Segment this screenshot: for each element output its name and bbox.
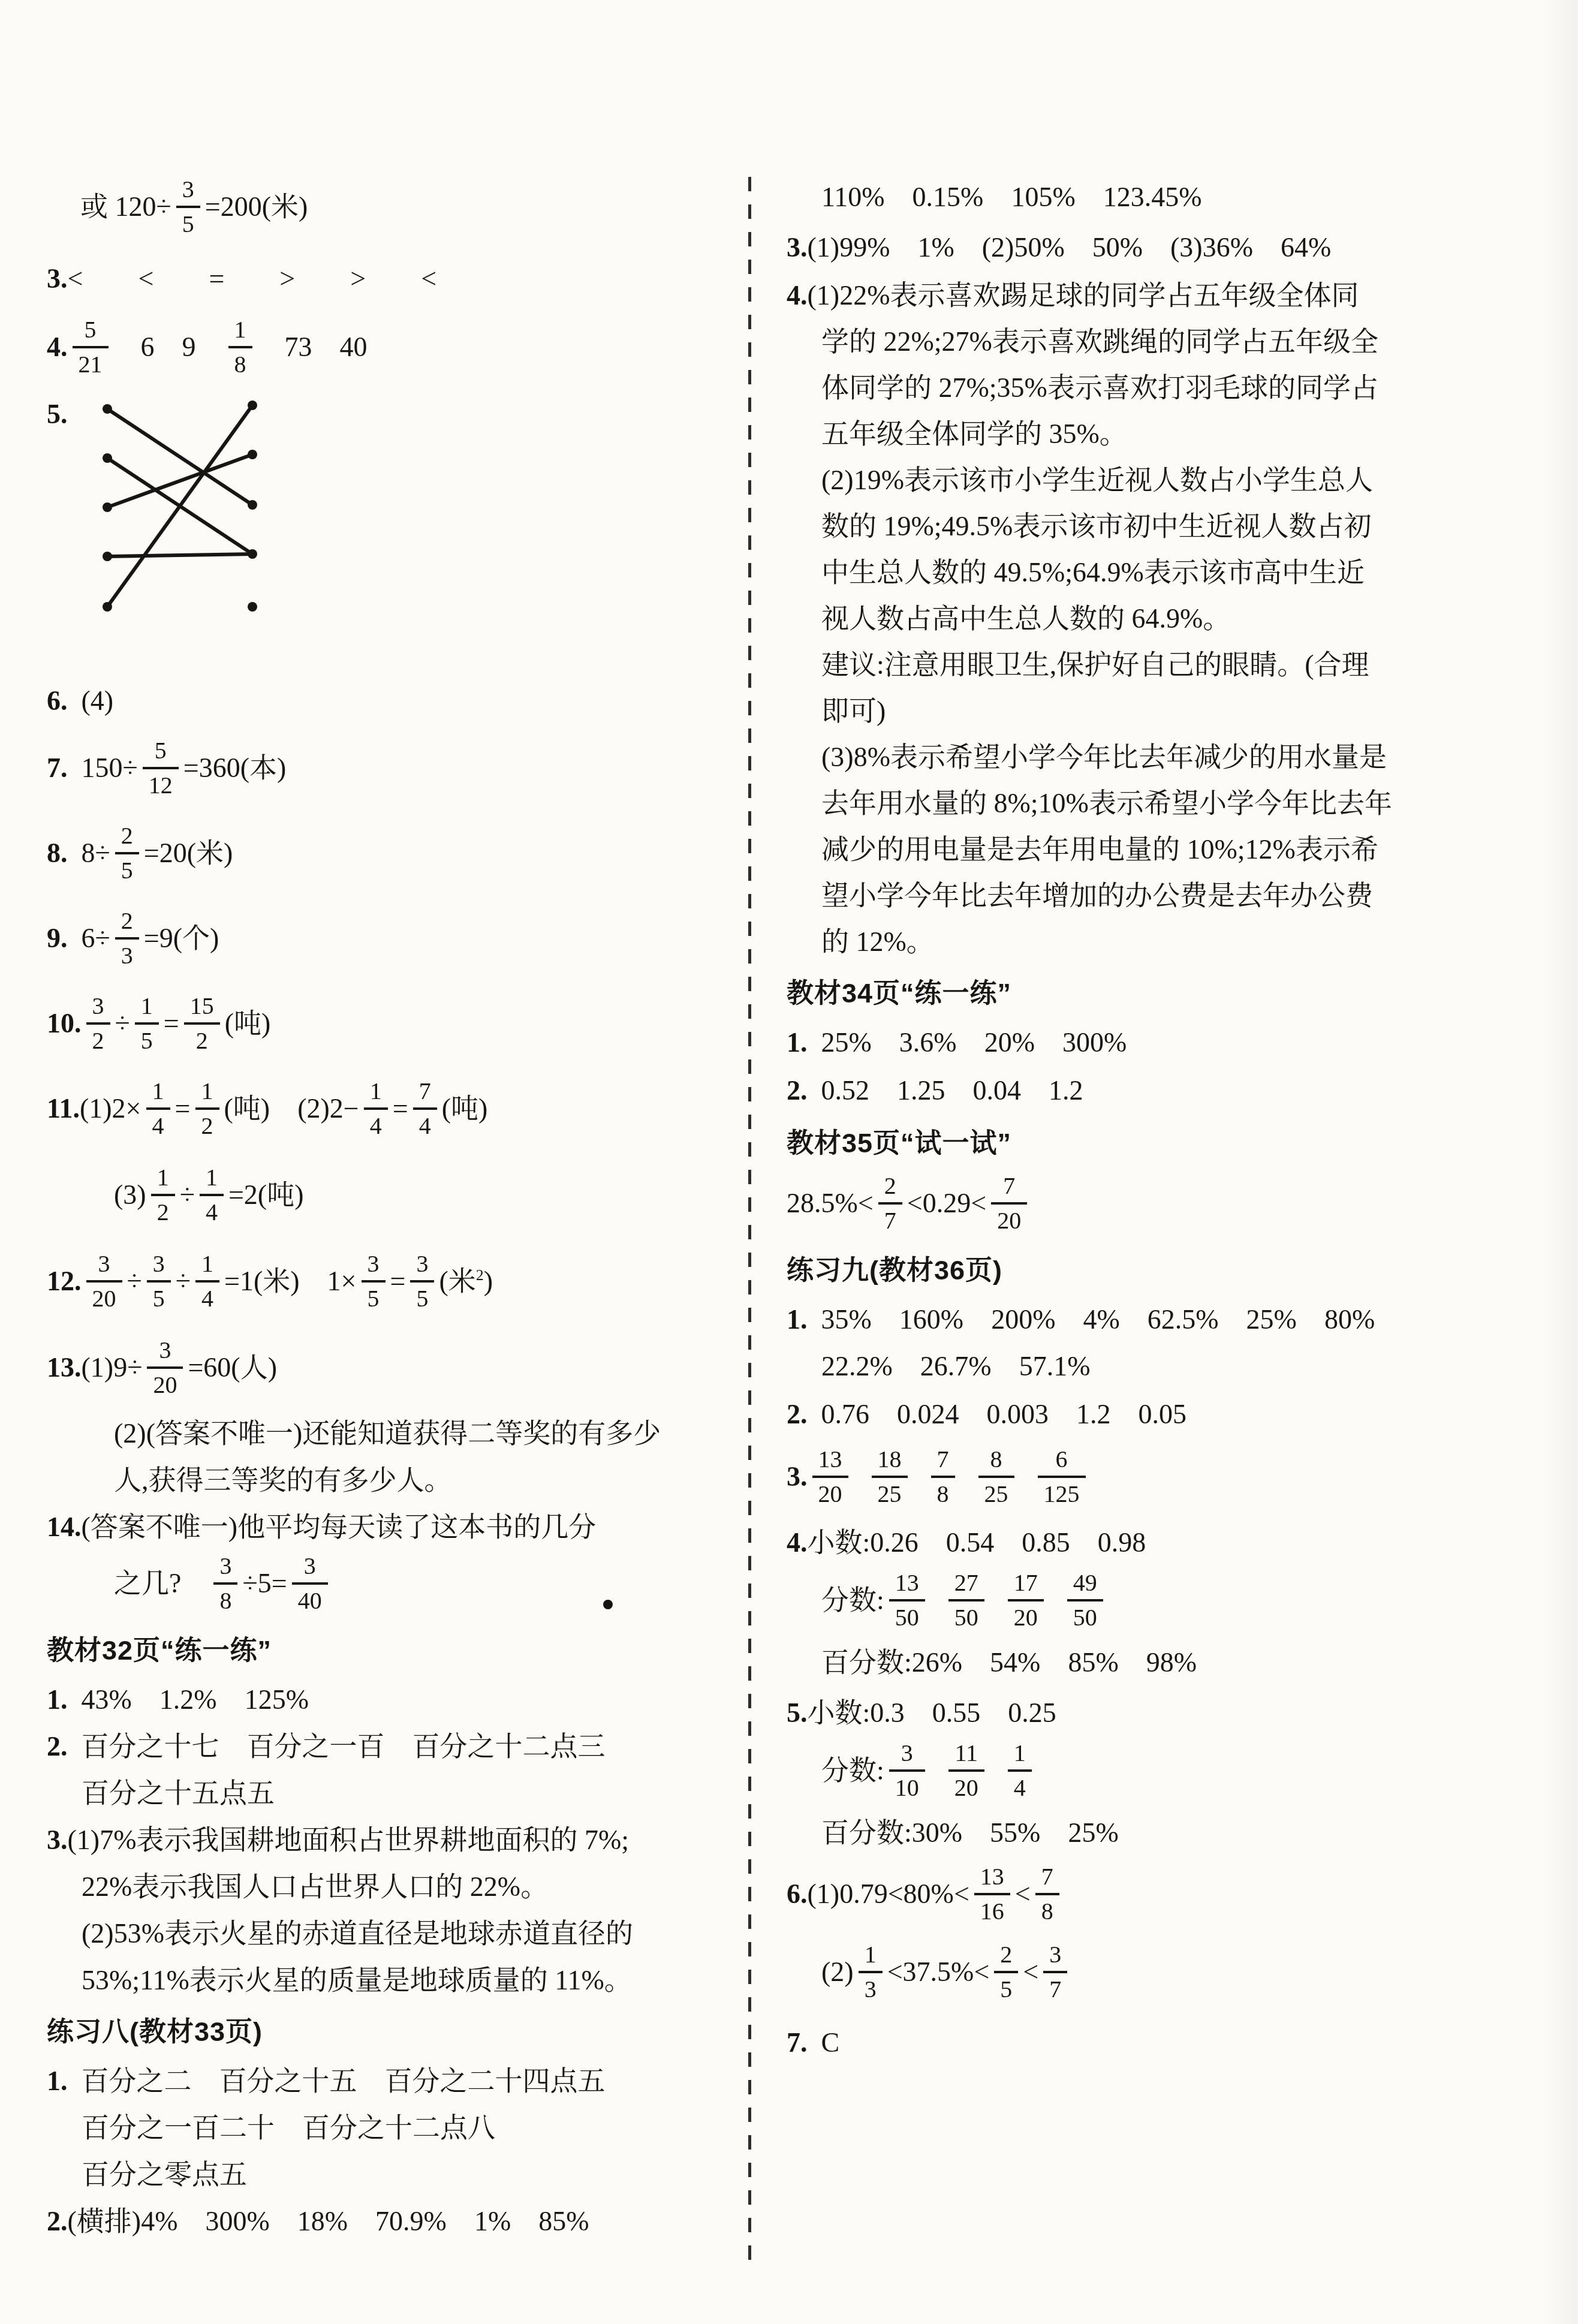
match-line	[107, 405, 252, 607]
fraction-denominator: 5	[135, 1025, 159, 1054]
answer-line: 22%表示我国人口占世界人口的 22%。	[82, 1868, 739, 1905]
fraction: 35	[147, 1251, 171, 1312]
answer-line: 百分数:26% 54% 85% 98%	[821, 1644, 1548, 1681]
answer-text: (1)9÷	[82, 1352, 143, 1383]
answer-text: =20(米)	[144, 838, 233, 868]
column-divider	[748, 177, 751, 2266]
fraction-denominator: 5	[147, 1283, 171, 1312]
fraction-denominator: 50	[1067, 1601, 1103, 1631]
answer-text: =200(米)	[205, 191, 308, 222]
answer-line: 1. 百分之二 百分之十五 百分之二十四点五	[47, 2063, 739, 2100]
fraction: 152	[184, 993, 220, 1054]
fraction-numerator: 1	[195, 1251, 219, 1283]
answer-text: (2)	[821, 1956, 854, 1987]
answer-text: 建议:注意用眼卫生,保护好自己的眼睛。(合理	[821, 649, 1369, 680]
answer-text: 的 12%。	[821, 926, 934, 957]
item-number: 2.	[47, 1731, 68, 1762]
answer-text: ÷5=	[242, 1568, 287, 1598]
answer-text: 百分之十五点五	[82, 1778, 275, 1808]
match-line	[107, 554, 252, 556]
fraction-numerator: 3	[86, 993, 110, 1025]
match-line	[107, 454, 252, 507]
fraction-numerator: 3	[176, 176, 200, 208]
fraction: 25	[994, 1941, 1018, 2003]
fraction: 6125	[1038, 1446, 1086, 1507]
answer-text: 小数:0.26 0.54 0.85 0.98	[808, 1527, 1146, 1558]
answer-line: 3.(1)99% 1% (2)50% 50% (3)36% 64%	[787, 229, 1548, 266]
answer-line: 人,获得三等奖的有多少人。	[114, 1462, 739, 1499]
answer-line: 6. (4)	[47, 682, 739, 720]
section-header: 教材34页“练一练”	[787, 975, 1548, 1012]
answer-text: =	[390, 1266, 406, 1296]
fraction-numerator: 1	[364, 1078, 388, 1110]
fraction-denominator: 20	[948, 1772, 984, 1801]
fraction: 1120	[948, 1740, 984, 1801]
answer-line: 5.小数:0.3 0.55 0.25	[787, 1694, 1548, 1732]
answer-text	[989, 1755, 1003, 1786]
match-dot-left	[103, 602, 112, 612]
answer-text	[930, 1585, 944, 1615]
answer-text: 0.76 0.024 0.003 1.2 0.05	[808, 1399, 1187, 1429]
answer-text: 百分数:30% 55% 25%	[821, 1817, 1119, 1848]
match-dot-left	[103, 453, 112, 463]
answer-line: 1. 43% 1.2% 125%	[47, 1681, 739, 1718]
workbook-answer-page: 或 120÷35=200(米)3.< < = > > <4.521 6 9 18…	[0, 0, 1578, 2324]
matching-diagram	[99, 401, 261, 669]
answer-text: 22.2% 26.7% 57.1%	[821, 1351, 1090, 1381]
fraction-denominator: 5	[362, 1283, 386, 1312]
fraction-denominator: 50	[948, 1601, 984, 1631]
answer-line: 3.< < = > > <	[47, 260, 739, 297]
fraction-numerator: 7	[1035, 1864, 1059, 1895]
answer-text: 6÷	[68, 923, 110, 953]
answer-line: 6.(1)0.79<80%<1316<78	[787, 1866, 1548, 1927]
item-number: 3.	[47, 263, 68, 294]
fraction-numerator: 3	[147, 1337, 183, 1369]
fraction-numerator: 1	[1008, 1740, 1032, 1772]
answer-text: 分数:	[821, 1755, 884, 1786]
answer-line: 五年级全体同学的 35%。	[821, 416, 1548, 453]
answer-text: ÷	[180, 1179, 195, 1210]
fraction-numerator: 17	[1008, 1570, 1044, 1601]
answer-line: 百分之零点五	[82, 2156, 739, 2193]
answer-text: <	[1015, 1879, 1031, 1909]
item-number: 6.	[787, 1879, 808, 1909]
answer-text	[913, 1461, 926, 1492]
fraction-numerator: 5	[73, 317, 109, 348]
answer-text: (2)(答案不唯一)还能知道获得二等奖的有多少	[114, 1418, 661, 1449]
answer-text	[960, 1461, 974, 1492]
answer-line: 分数:1350 2750 1720 4950	[821, 1572, 1548, 1633]
answer-line: 53%;11%表示火星的质量是地球质量的 11%。	[82, 1962, 739, 1999]
fraction-denominator: 20	[1008, 1601, 1044, 1631]
fraction-denominator: 125	[1038, 1478, 1086, 1507]
answer-text: =1(米) 1×	[224, 1266, 357, 1296]
item-number: 14.	[47, 1512, 82, 1542]
fraction: 78	[931, 1446, 955, 1507]
answer-text: 或 120÷	[80, 191, 171, 222]
stray-ink-dot	[603, 1600, 613, 1609]
answer-line: 百分之一百二十 百分之十二点八	[82, 2109, 739, 2147]
fraction: 825	[978, 1446, 1014, 1507]
answer-line: 减少的用电量是去年用电量的 10%;12%表示希	[821, 831, 1548, 868]
answer-text: 练习九(教材36页)	[787, 1255, 1002, 1286]
fraction-denominator: 4	[195, 1283, 219, 1312]
answer-line: 即可)	[821, 693, 1548, 730]
answer-text: < < = > > <	[68, 263, 437, 294]
fraction-denominator: 20	[86, 1283, 122, 1312]
answer-line: 4.小数:0.26 0.54 0.85 0.98	[787, 1524, 1548, 1561]
answer-text: (1)2×	[80, 1093, 141, 1124]
fraction-numerator: 27	[948, 1570, 984, 1601]
answer-line: 学的 22%;27%表示喜欢跳绳的同学占五年级全	[821, 323, 1548, 360]
answer-text: 110% 0.15% 105% 123.45%	[821, 182, 1202, 212]
answer-text: (米	[439, 1266, 475, 1296]
answer-text: 减少的用电量是去年用电量的 10%;12%表示希	[821, 834, 1378, 865]
match-dot-right	[248, 500, 257, 510]
fraction-denominator: 2	[184, 1025, 220, 1054]
answer-text: (2)19%表示该市小学生近视人数占小学生总人	[821, 465, 1373, 495]
answer-text: 分数:	[821, 1585, 884, 1615]
answer-text: 五年级全体同学的 35%。	[821, 419, 1127, 449]
fraction-denominator: 8	[1035, 1895, 1059, 1925]
answer-text: 73 40	[257, 332, 368, 362]
item-number: 4.	[787, 280, 808, 311]
fraction-denominator: 4	[413, 1110, 437, 1139]
fraction: 14	[195, 1251, 219, 1312]
answer-line: 2. 0.76 0.024 0.003 1.2 0.05	[787, 1396, 1548, 1433]
answer-text: 练习八(教材33页)	[47, 2016, 263, 2047]
item-number: 4.	[47, 332, 68, 362]
fraction-denominator: 25	[872, 1478, 908, 1507]
fraction: 4950	[1067, 1570, 1103, 1631]
fraction-numerator: 3	[86, 1251, 122, 1283]
fraction-denominator: 20	[991, 1205, 1027, 1234]
answer-text: 教材35页“试一试”	[787, 1128, 1011, 1158]
answer-line: 2. 百分之十七 百分之一百 百分之十二点三	[47, 1728, 739, 1765]
fraction: 15	[135, 993, 159, 1054]
answer-line: 8. 8÷25=20(米)	[47, 825, 739, 886]
fraction-numerator: 2	[115, 823, 139, 854]
answer-line: (2)19%表示该市小学生近视人数占小学生总人	[821, 462, 1548, 499]
answer-text: (1)99% 1% (2)50% 50% (3)36% 64%	[808, 232, 1332, 263]
match-line	[107, 409, 252, 505]
answer-line: 4.(1)22%表示喜欢踢足球的同学占五年级全体同	[787, 277, 1548, 314]
fraction: 12	[195, 1078, 219, 1139]
answer-text: 百分之十七 百分之一百 百分之十二点三	[68, 1731, 606, 1762]
match-dot-right	[248, 602, 257, 612]
item-number: 2.	[787, 1075, 808, 1106]
answer-text: 百分数:26% 54% 85% 98%	[821, 1647, 1197, 1678]
fraction: 74	[413, 1078, 437, 1139]
answer-text: =	[164, 1008, 179, 1038]
fraction-numerator: 2	[994, 1941, 1018, 1973]
fraction: 320	[86, 1251, 122, 1312]
answer-text	[853, 1461, 867, 1492]
answer-text: 人,获得三等奖的有多少人。	[114, 1465, 452, 1495]
fraction-numerator: 5	[143, 737, 179, 769]
answer-line: 28.5%<27<0.29<720	[787, 1175, 1548, 1236]
fraction: 78	[1035, 1864, 1059, 1925]
answer-line: (3)12÷14=2(吨)	[114, 1167, 739, 1228]
match-dot-left	[103, 404, 112, 414]
fraction-numerator: 3	[410, 1251, 434, 1283]
fraction-denominator: 8	[931, 1478, 955, 1507]
match-dot-right	[248, 401, 257, 410]
fraction-numerator: 7	[413, 1078, 437, 1110]
fraction-numerator: 3	[147, 1251, 171, 1283]
fraction-denominator: 4	[364, 1110, 388, 1139]
fraction-numerator: 1	[135, 993, 159, 1025]
fraction: 310	[889, 1740, 925, 1801]
answer-line: 分数:310 1120 14	[821, 1742, 1548, 1804]
fraction-denominator: 25	[978, 1478, 1014, 1507]
answer-text: C	[808, 2027, 840, 2058]
item-number: 3.	[47, 1825, 68, 1855]
answer-text: 即可)	[821, 696, 886, 726]
fraction: 38	[213, 1553, 237, 1614]
answer-text: 0.52 1.25 0.04 1.2	[808, 1075, 1083, 1106]
answer-text: (吨)	[442, 1093, 488, 1124]
item-number: 7.	[47, 752, 68, 783]
answer-text: 百分之二 百分之十五 百分之二十四点五	[68, 2066, 606, 2096]
fraction-denominator: 8	[228, 348, 252, 378]
fraction: 1720	[1008, 1570, 1044, 1631]
answer-line: 去年用水量的 8%;10%表示希望小学今年比去年	[821, 785, 1548, 822]
answer-text: =	[393, 1093, 408, 1124]
fraction-denominator: 2	[195, 1110, 219, 1139]
answer-line: 13.(1)9÷320=60(人)	[47, 1339, 739, 1401]
fraction-denominator: 20	[812, 1478, 848, 1507]
match-dot-right	[248, 450, 257, 459]
fraction: 320	[147, 1337, 183, 1398]
fraction-denominator: 5	[176, 208, 200, 237]
fraction: 1316	[974, 1864, 1010, 1925]
answer-line: 百分数:30% 55% 25%	[821, 1814, 1548, 1852]
fraction-numerator: 6	[1038, 1446, 1086, 1478]
fraction: 32	[86, 993, 110, 1054]
answer-line: 或 120÷35=200(米)	[80, 179, 739, 240]
answer-text: 之几?	[114, 1568, 209, 1598]
item-number: 13.	[47, 1352, 82, 1383]
fraction: 35	[176, 176, 200, 237]
fraction: 720	[991, 1173, 1027, 1234]
answer-line: 4.521 6 9 18 73 40	[47, 319, 739, 380]
answer-text: )	[484, 1266, 493, 1296]
answer-text: (吨) (2)2−	[224, 1093, 359, 1124]
section-header: 教材35页“试一试”	[787, 1125, 1548, 1162]
fraction-denominator: 4	[1008, 1772, 1032, 1801]
answer-line: 3.(1)7%表示我国耕地面积占世界耕地面积的 7%;	[47, 1822, 739, 1859]
answer-line: 之几? 38÷5=340	[114, 1555, 739, 1616]
answer-text: <0.29<	[907, 1188, 986, 1218]
answer-line: 1. 35% 160% 200% 4% 62.5% 25% 80%	[787, 1301, 1548, 1338]
fraction: 18	[228, 317, 252, 378]
fraction-denominator: 5	[115, 854, 139, 884]
answer-line: 10.32÷15=152(吨)	[47, 995, 739, 1056]
item-number: 11.	[47, 1093, 80, 1124]
item-number: 10.	[47, 1008, 82, 1038]
answer-text: (2)53%表示火星的赤道直径是地球赤道直径的	[82, 1918, 633, 1949]
answer-text: =9(个)	[144, 923, 219, 953]
fraction-numerator: 1	[200, 1164, 224, 1196]
fraction-numerator: 3	[1043, 1941, 1067, 1973]
fraction-denominator: 2	[151, 1196, 175, 1226]
answer-text: 视人数占高中生总人数的 64.9%。	[821, 603, 1230, 634]
answer-line: 望小学今年比去年增加的办公费是去年办公费	[821, 877, 1548, 914]
answer-line: (2)53%表示火星的赤道直径是地球赤道直径的	[82, 1915, 739, 1952]
answer-line: 11.(1)2×14=12(吨) (2)2−14=74(吨)	[47, 1080, 739, 1142]
matching-answer: 5.	[47, 396, 739, 669]
fraction-denominator: 12	[143, 769, 179, 799]
fraction: 14	[200, 1164, 224, 1226]
fraction-denominator: 50	[889, 1601, 925, 1631]
item-number: 5.	[47, 396, 68, 433]
fraction-numerator: 13	[974, 1864, 1010, 1895]
fraction-numerator: 15	[184, 993, 220, 1025]
fraction-numerator: 1	[859, 1941, 883, 1973]
answer-line: 9. 6÷23=9(个)	[47, 910, 739, 971]
answer-text: 去年用水量的 8%;10%表示希望小学今年比去年	[821, 788, 1392, 818]
answer-text: 35% 160% 200% 4% 62.5% 25% 80%	[808, 1304, 1375, 1335]
answer-text: 百分之一百二十 百分之十二点八	[82, 2112, 495, 2143]
fraction-denominator: 4	[200, 1196, 224, 1226]
item-number: 1.	[47, 1684, 68, 1715]
match-dot-right	[248, 549, 257, 559]
fraction-denominator: 3	[115, 940, 139, 969]
fraction-denominator: 21	[73, 348, 109, 378]
answer-line: 体同学的 27%;35%表示喜欢打羽毛球的同学占	[821, 369, 1548, 407]
fraction-numerator: 1	[146, 1078, 170, 1110]
answer-text	[1049, 1585, 1062, 1615]
superscript: 2	[476, 1266, 484, 1284]
item-number: 12.	[47, 1266, 82, 1296]
fraction: 1320	[812, 1446, 848, 1507]
fraction: 14	[364, 1078, 388, 1139]
answer-text: ÷	[127, 1266, 142, 1296]
fraction-numerator: 3	[292, 1553, 328, 1585]
fraction-denominator: 16	[974, 1895, 1010, 1925]
answer-text: ÷	[115, 1008, 130, 1038]
answer-line: 中生总人数的 49.5%;64.9%表示该市高中生近	[821, 554, 1548, 591]
fraction-numerator: 1	[195, 1078, 219, 1110]
fraction-numerator: 11	[948, 1740, 984, 1772]
fraction-denominator: 5	[410, 1283, 434, 1312]
fraction: 2750	[948, 1570, 984, 1631]
answer-text: 43% 1.2% 125%	[68, 1684, 309, 1715]
fraction: 23	[115, 908, 139, 969]
fraction: 512	[143, 737, 179, 799]
answer-text: (答案不唯一)他平均每天读了这本书的几分	[82, 1512, 597, 1542]
answer-text: 体同学的 27%;35%表示喜欢打羽毛球的同学占	[821, 372, 1378, 403]
fraction-numerator: 3	[889, 1740, 925, 1772]
answer-text: ÷	[176, 1266, 191, 1296]
answer-text: (吨)	[225, 1008, 271, 1038]
fraction: 14	[146, 1078, 170, 1139]
item-number: 4.	[787, 1527, 808, 1558]
fraction-numerator: 7	[931, 1446, 955, 1478]
answer-text: =360(本)	[183, 752, 287, 783]
answer-line: (3)8%表示希望小学今年比去年减少的用水量是	[821, 739, 1548, 776]
fraction-numerator: 13	[812, 1446, 848, 1478]
answer-text: 53%;11%表示火星的质量是地球质量的 11%。	[82, 1965, 632, 1995]
answer-line: 百分之十五点五	[82, 1775, 739, 1812]
answer-line: 3.1320 1825 78 825 6125	[787, 1449, 1548, 1510]
fraction-denominator: 8	[213, 1585, 237, 1614]
fraction-numerator: 2	[878, 1173, 902, 1205]
answer-text: (横排)4% 300% 18% 70.9% 1% 85%	[68, 2206, 589, 2236]
answer-text: (4)	[68, 685, 114, 716]
answer-line: 7. C	[787, 2024, 1548, 2061]
answer-line: 22.2% 26.7% 57.1%	[821, 1348, 1548, 1385]
fraction-numerator: 49	[1067, 1570, 1103, 1601]
answer-text: 百分之零点五	[82, 2159, 247, 2190]
fraction-denominator: 5	[994, 1973, 1018, 2003]
fraction: 35	[362, 1251, 386, 1312]
item-number: 2.	[47, 2206, 68, 2236]
answer-text: =60(人)	[188, 1352, 277, 1383]
answer-text: =	[175, 1093, 191, 1124]
answer-text: (1)7%表示我国耕地面积占世界耕地面积的 7%;	[68, 1825, 630, 1855]
fraction-numerator: 3	[362, 1251, 386, 1283]
fraction-denominator: 40	[292, 1585, 328, 1614]
answer-text: (1)22%表示喜欢踢足球的同学占五年级全体同	[808, 280, 1359, 311]
fraction: 13	[859, 1941, 883, 2003]
answer-text: <37.5%<	[887, 1956, 990, 1987]
answer-text: (3)8%表示希望小学今年比去年减少的用水量是	[821, 742, 1387, 772]
item-number: 1.	[787, 1304, 808, 1335]
answer-text: 望小学今年比去年增加的办公费是去年办公费	[821, 880, 1373, 911]
fraction-numerator: 1	[228, 317, 252, 348]
answer-line: (2)(答案不唯一)还能知道获得二等奖的有多少	[114, 1415, 739, 1452]
answer-text: 教材32页“练一练”	[47, 1635, 272, 1666]
match-dot-left	[103, 502, 112, 512]
item-number: 3.	[787, 1461, 808, 1492]
answer-text	[989, 1585, 1003, 1615]
answer-text: (1)0.79<80%<	[808, 1879, 969, 1909]
fraction-denominator: 3	[859, 1973, 883, 2003]
fraction-numerator: 18	[872, 1446, 908, 1478]
answer-text: 22%表示我国人口占世界人口的 22%。	[82, 1871, 548, 1902]
item-number: 5.	[787, 1697, 808, 1728]
fraction: 340	[292, 1553, 328, 1614]
fraction: 37	[1043, 1941, 1067, 2003]
fraction-denominator: 10	[889, 1772, 925, 1801]
answer-text	[1019, 1461, 1033, 1492]
answer-line: 2.(横排)4% 300% 18% 70.9% 1% 85%	[47, 2203, 739, 2240]
answer-text: 150÷	[68, 752, 138, 783]
answer-text: <	[1023, 1956, 1038, 1987]
item-number: 9.	[47, 923, 68, 953]
fraction-numerator: 7	[991, 1173, 1027, 1205]
answer-text: 教材34页“练一练”	[787, 978, 1011, 1009]
fraction-denominator: 7	[878, 1205, 902, 1234]
section-header: 练习八(教材33页)	[47, 2013, 739, 2051]
answer-text: 中生总人数的 49.5%;64.9%表示该市高中生近	[821, 557, 1365, 588]
fraction: 1825	[872, 1446, 908, 1507]
fraction-denominator: 7	[1043, 1973, 1067, 2003]
fraction: 35	[410, 1251, 434, 1312]
fraction-denominator: 4	[146, 1110, 170, 1139]
answer-text: =2(吨)	[228, 1179, 304, 1210]
item-number: 7.	[787, 2027, 808, 2058]
answer-line: 的 12%。	[821, 923, 1548, 961]
fraction-denominator: 2	[86, 1025, 110, 1054]
answer-text	[930, 1755, 944, 1786]
answer-text: 8÷	[68, 838, 110, 868]
item-number: 6.	[47, 685, 68, 716]
answer-text: 小数:0.3 0.55 0.25	[808, 1697, 1056, 1728]
